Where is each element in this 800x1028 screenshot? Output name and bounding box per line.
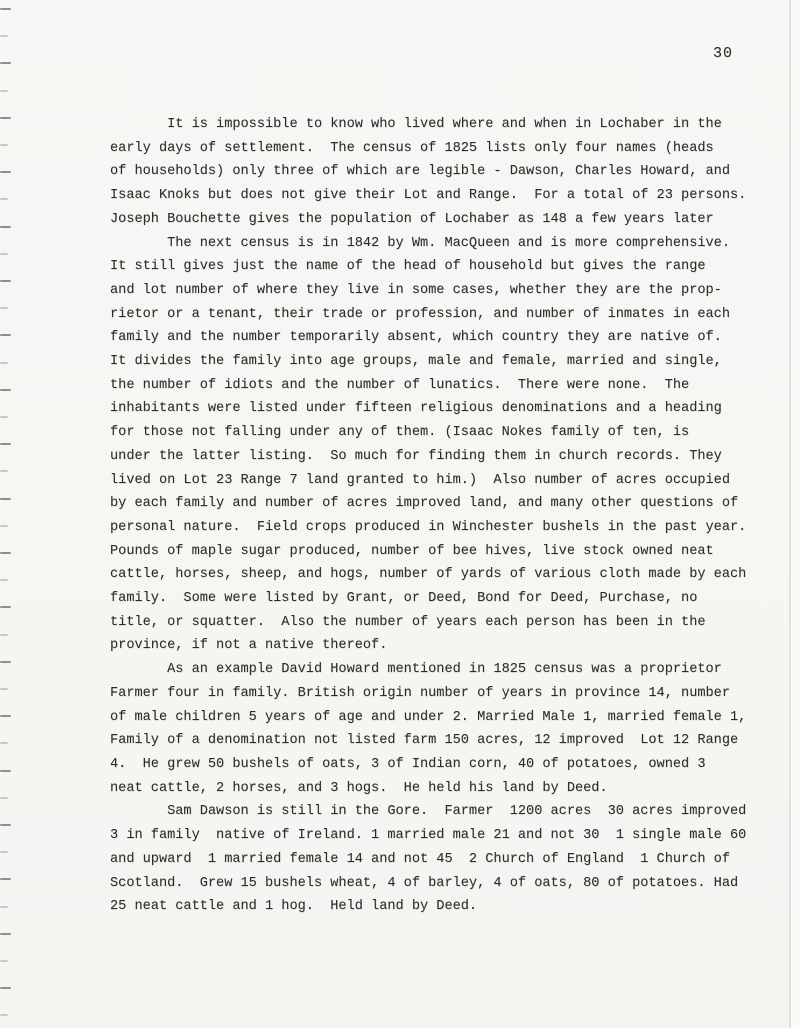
- binding-mark: [0, 742, 8, 744]
- binding-mark: [0, 579, 8, 581]
- binding-mark: [0, 797, 8, 799]
- binding-mark: [0, 688, 8, 690]
- binding-mark: [0, 851, 8, 853]
- paragraph-2: The next census is in 1842 by Wm. MacQue…: [110, 232, 770, 659]
- binding-mark: [0, 198, 8, 200]
- binding-mark: [0, 171, 11, 173]
- paragraph-1: It is impossible to know who lived where…: [110, 113, 770, 232]
- binding-mark: [0, 960, 8, 962]
- binding-mark: [0, 1014, 8, 1016]
- binding-mark: [0, 362, 8, 364]
- binding-mark: [0, 606, 11, 608]
- binding-mark: [0, 62, 11, 64]
- page-edge-strip: [791, 0, 800, 1028]
- left-edge-binding-marks: [0, 0, 16, 1028]
- binding-mark: [0, 117, 11, 119]
- binding-mark: [0, 443, 11, 445]
- binding-mark: [0, 552, 11, 554]
- scanned-document-page: 30 It is impossible to know who lived wh…: [0, 0, 800, 1028]
- paragraph-3: As an example David Howard mentioned in …: [110, 658, 770, 800]
- binding-mark: [0, 280, 11, 282]
- binding-mark: [0, 90, 8, 92]
- binding-mark: [0, 8, 11, 10]
- binding-mark: [0, 770, 11, 772]
- document-body: It is impossible to know who lived where…: [110, 113, 770, 919]
- binding-mark: [0, 525, 8, 527]
- binding-mark: [0, 35, 8, 37]
- binding-mark: [0, 987, 11, 989]
- binding-mark: [0, 470, 8, 472]
- binding-mark: [0, 824, 11, 826]
- binding-mark: [0, 334, 11, 336]
- binding-mark: [0, 906, 8, 908]
- binding-mark: [0, 661, 11, 663]
- binding-mark: [0, 253, 8, 255]
- binding-mark: [0, 416, 8, 418]
- binding-mark: [0, 715, 11, 717]
- binding-mark: [0, 498, 11, 500]
- binding-mark: [0, 307, 8, 309]
- binding-mark: [0, 933, 11, 935]
- page-number: 30: [713, 45, 733, 62]
- binding-mark: [0, 389, 11, 391]
- binding-mark: [0, 226, 11, 228]
- binding-mark: [0, 634, 8, 636]
- binding-mark: [0, 878, 11, 880]
- binding-mark: [0, 144, 8, 146]
- paragraph-4: Sam Dawson is still in the Gore. Farmer …: [110, 800, 770, 919]
